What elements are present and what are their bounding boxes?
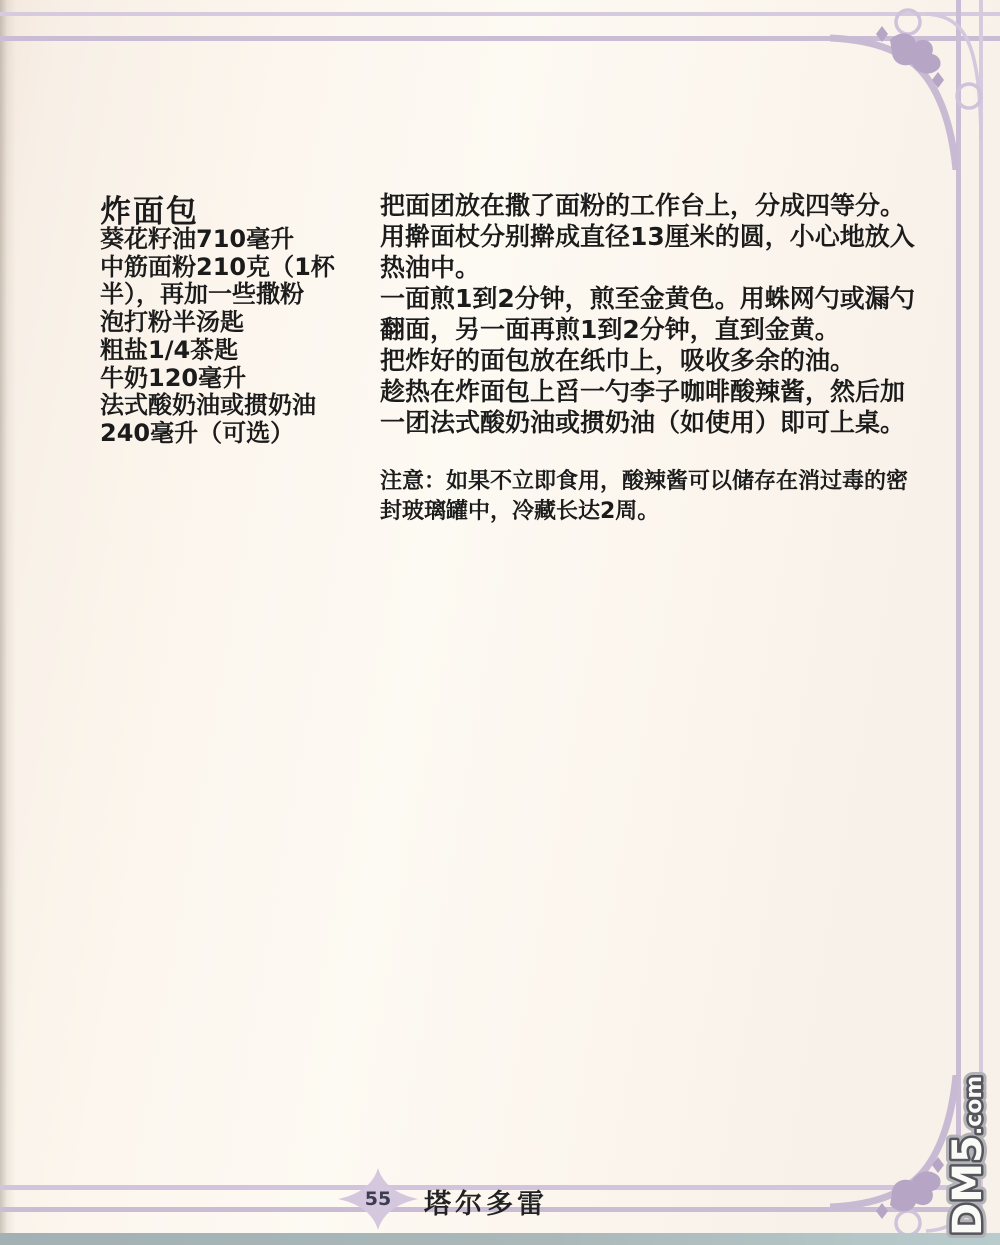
bottom-scan-strip <box>0 1233 1000 1245</box>
cookbook-page: 炸面包 葵花籽油710毫升中筋面粉210克（1杯半），再加一些撒粉泡打粉半汤匙粗… <box>0 0 1000 1245</box>
text-line: 热油中。 <box>380 252 915 283</box>
text-line: 法式酸奶油或掼奶油 <box>100 392 335 420</box>
text-line: 中筋面粉210克（1杯 <box>100 254 335 282</box>
ingredient-list: 葵花籽油710毫升中筋面粉210克（1杯半），再加一些撒粉泡打粉半汤匙粗盐1/4… <box>100 226 335 448</box>
text-line: 牛奶120毫升 <box>100 365 335 393</box>
text-line: 把炸好的面包放在纸巾上，吸收多余的油。 <box>380 345 915 376</box>
corner-ornament-icon <box>830 0 1000 170</box>
text-line: 240毫升（可选） <box>100 420 335 448</box>
text-line: 一团法式酸奶油或掼奶油（如使用）即可上桌。 <box>380 407 915 438</box>
page-number: 55 <box>338 1188 418 1210</box>
fleur-de-lis-icon <box>876 26 944 88</box>
text-line: 把面团放在撒了面粉的工作台上，分成四等分。 <box>380 190 915 221</box>
text-line: 封玻璃罐中，冷藏长达2周。 <box>380 497 908 527</box>
text-line: 葵花籽油710毫升 <box>100 226 335 254</box>
instruction-text: 把面团放在撒了面粉的工作台上，分成四等分。用擀面杖分别擀成直径13厘米的圆，小心… <box>380 190 915 438</box>
text-line: 用擀面杖分别擀成直径13厘米的圆，小心地放入 <box>380 221 915 252</box>
text-line: 半），再加一些撒粉 <box>100 281 335 309</box>
watermark-text: DM5.com <box>945 1076 991 1236</box>
book-title: 塔尔多雷 <box>424 1182 548 1221</box>
watermark-logo: DM5.com DM5.com <box>933 1052 997 1242</box>
text-line: 泡打粉半汤匙 <box>100 309 335 337</box>
text-line: 注意：如果不立即食用，酸辣酱可以储存在消过毒的密 <box>380 467 908 497</box>
text-line: 翻面，另一面再煎1到2分钟，直到金黄。 <box>380 314 915 345</box>
page-scan-edge <box>0 0 16 1245</box>
text-line: 粗盐1/4茶匙 <box>100 337 335 365</box>
text-line: 一面煎1到2分钟，煎至金黄色。用蛛网勺或漏勺 <box>380 283 915 314</box>
note-text: 注意：如果不立即食用，酸辣酱可以储存在消过毒的密封玻璃罐中，冷藏长达2周。 <box>380 467 908 527</box>
text-line: 趁热在炸面包上舀一勺李子咖啡酸辣酱，然后加 <box>380 376 915 407</box>
